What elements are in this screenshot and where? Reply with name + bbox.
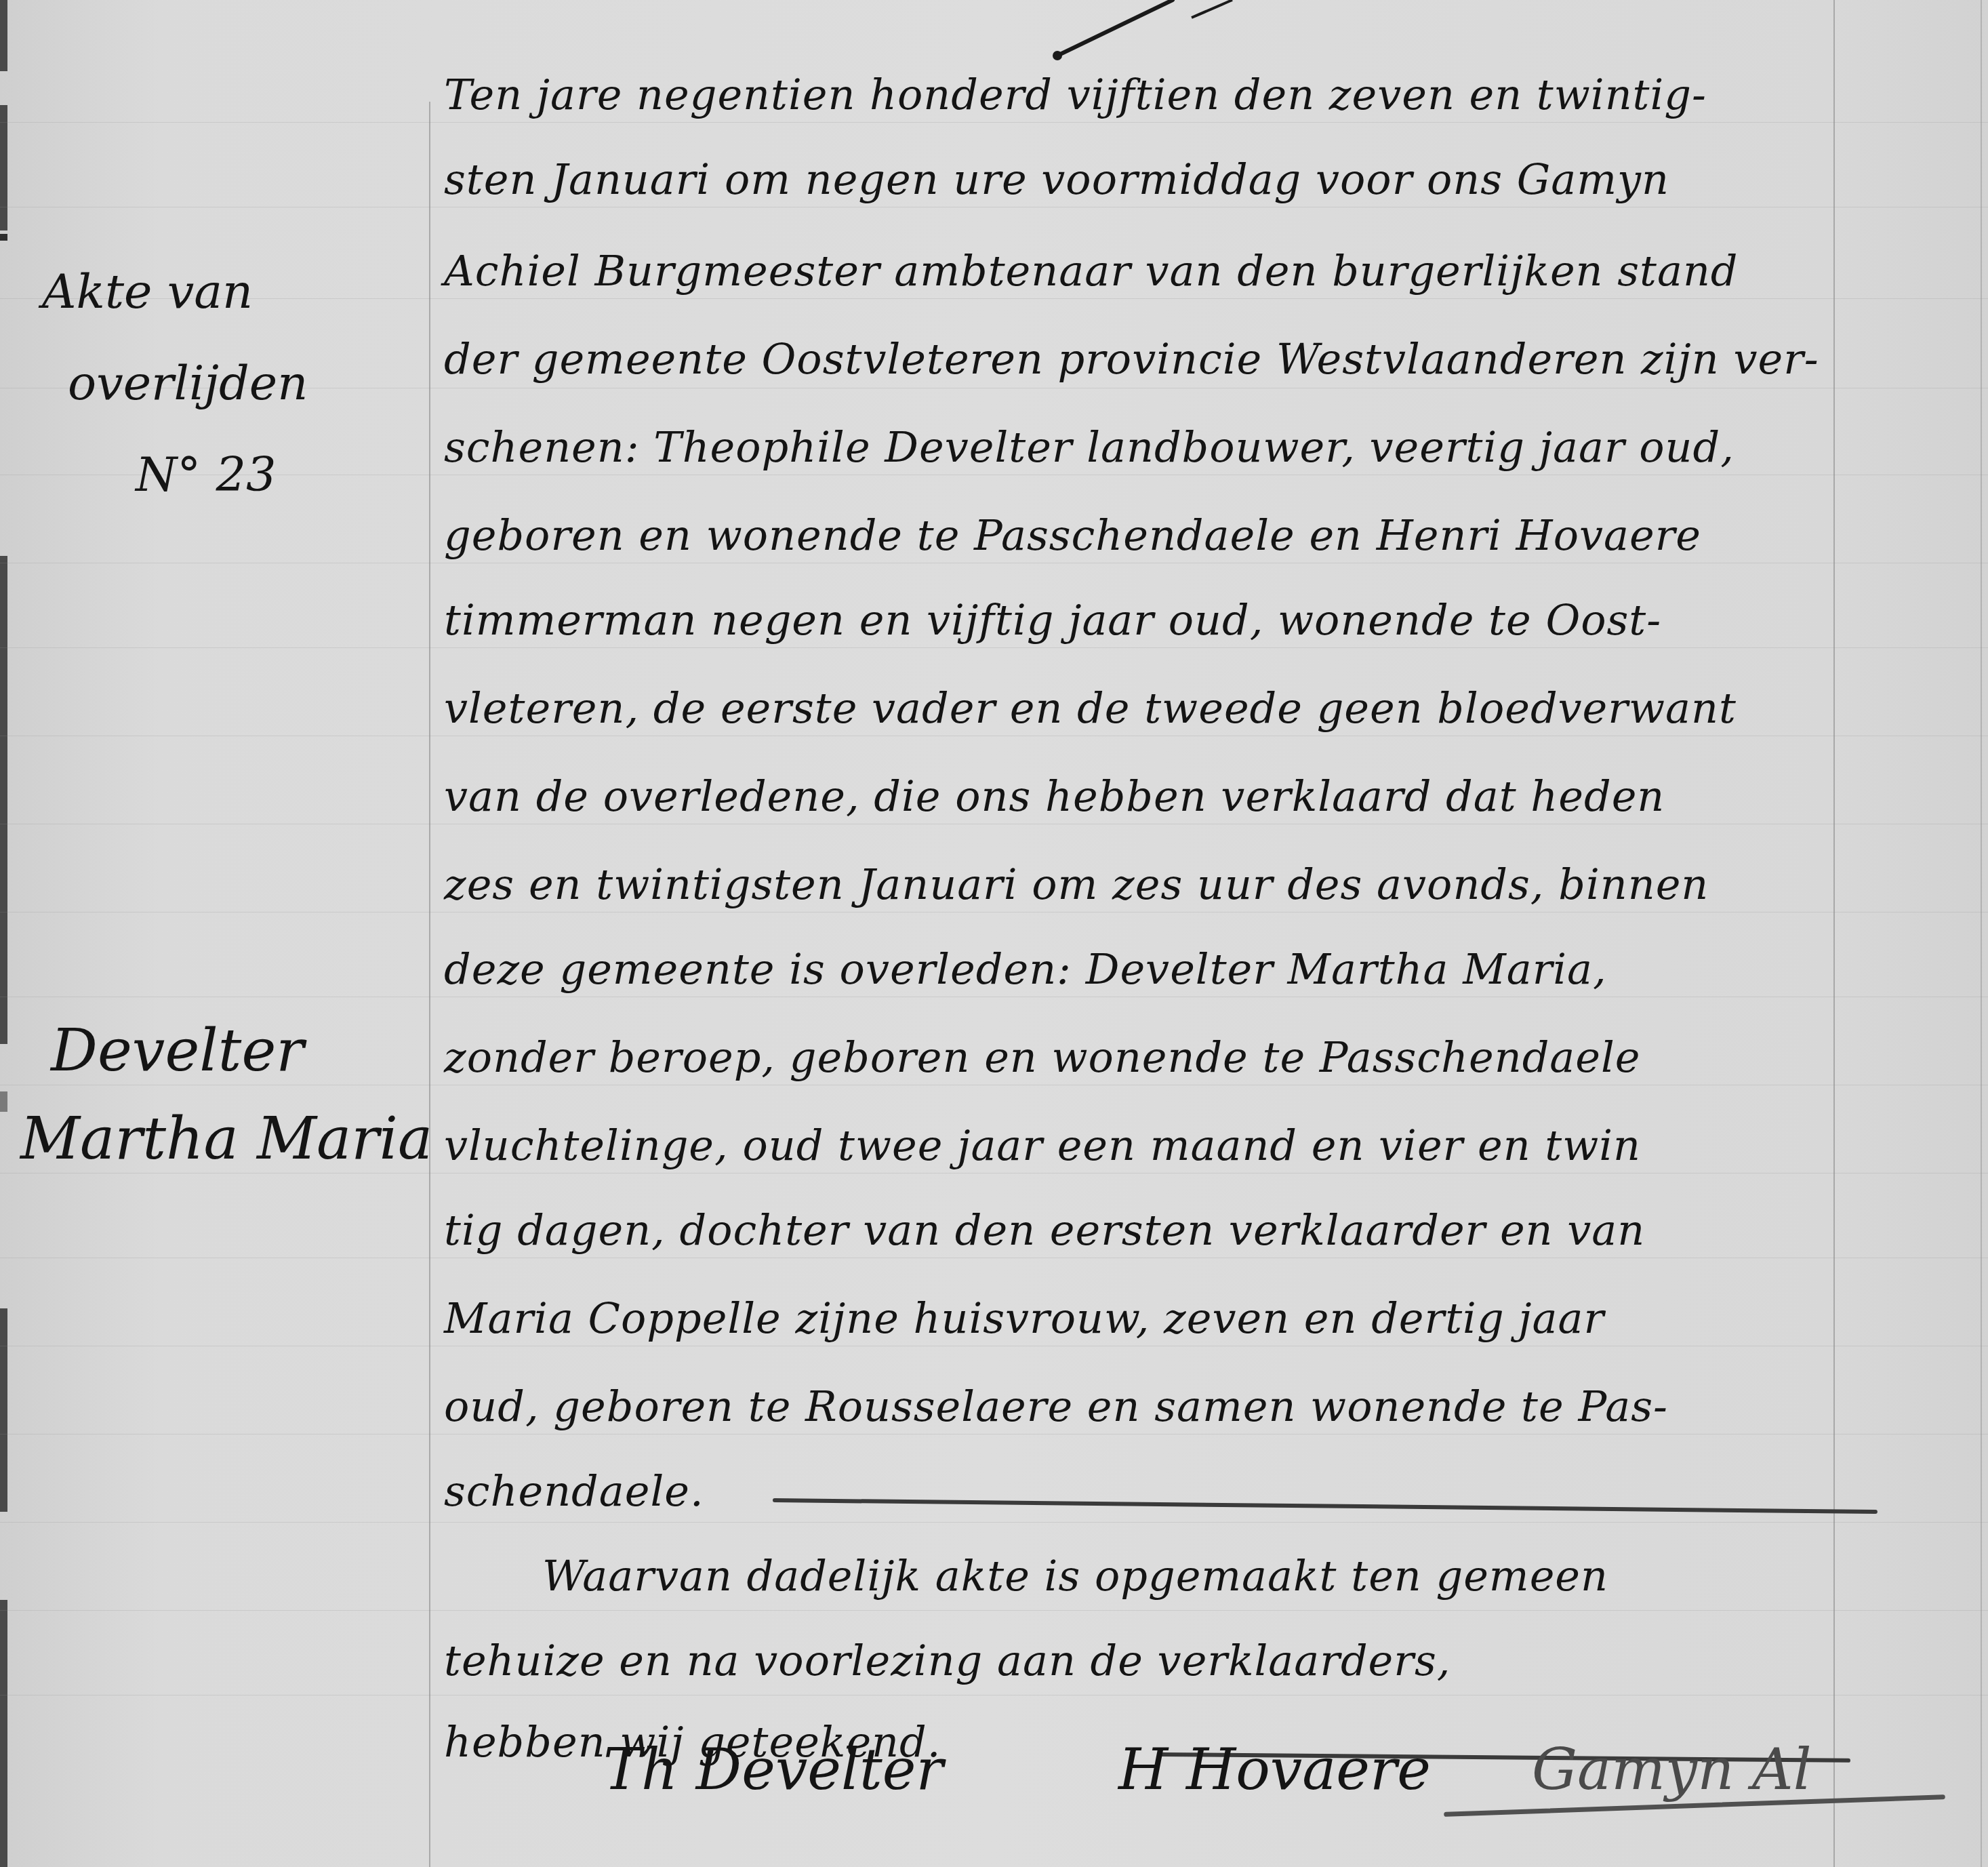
binding-edge: [0, 234, 7, 241]
ruled-line: [0, 1173, 1988, 1173]
binding-edge: [0, 556, 7, 1044]
ruled-line: [0, 563, 1988, 563]
register-page: Akte van overlijden N° 23 Develter Marth…: [0, 0, 1988, 1867]
ruled-line: [0, 647, 1988, 648]
body-line: sten Januari om negen ure voormiddag voo…: [444, 153, 1840, 207]
fill-line: [773, 1498, 1878, 1514]
ruled-line: [0, 1695, 1988, 1695]
ruled-line: [0, 1085, 1988, 1085]
margin-record-title-2: overlijden: [68, 353, 308, 414]
body-line: vleteren, de eerste vader en de tweede g…: [444, 681, 1840, 736]
body-line: van de overledene, die ons hebben verkla…: [444, 769, 1840, 824]
ruled-line: [0, 1610, 1988, 1611]
body-line: schendaele.: [444, 1464, 704, 1519]
body-line: tig dagen, dochter van den eersten verkl…: [444, 1203, 1840, 1258]
ruled-line: [0, 997, 1988, 997]
ruled-line: [0, 475, 1988, 475]
ruled-line: [0, 736, 1988, 736]
margin-rule: [429, 102, 430, 1867]
margin-deceased-surname: Develter: [51, 1020, 304, 1081]
body-line: der gemeente Oostvleteren provincie West…: [444, 332, 1840, 386]
body-line: Ten jare negentien honderd vijftien den …: [444, 68, 1840, 122]
margin-deceased-given-names: Martha Maria: [20, 1108, 432, 1169]
margin-record-title: Akte van: [42, 261, 253, 322]
body-line: Achiel Burgmeester ambtenaar van den bur…: [444, 244, 1840, 298]
body-line: oud, geboren te Rousselaere en samen won…: [444, 1380, 1840, 1434]
ruled-line: [0, 1258, 1988, 1258]
closing-line: Waarvan dadelijk akte is opgemaakt ten g…: [542, 1549, 1939, 1603]
body-line: deze gemeente is overleden: Develter Mar…: [444, 942, 1840, 997]
body-line: timmerman negen en vijftig jaar oud, won…: [444, 593, 1840, 647]
ruled-line: [0, 1346, 1988, 1346]
body-line: Maria Coppelle zijne huisvrouw, zeven en…: [444, 1291, 1840, 1346]
binding-edge: [0, 105, 7, 230]
page-edge-rule: [1981, 0, 1982, 1867]
body-line: vluchtelinge, oud twee jaar een maand en…: [444, 1119, 1840, 1173]
margin-record-number: N° 23: [136, 444, 277, 505]
body-line: geboren en wonende te Passchendaele en H…: [444, 508, 1840, 563]
signature-declarant-2: H Hovaere: [1118, 1732, 1431, 1807]
ruled-line: [0, 122, 1988, 123]
body-line: zonder beroep, geboren en wonende te Pas…: [444, 1030, 1840, 1085]
previous-entry-stroke: [1017, 0, 1234, 61]
ruled-line: [0, 912, 1988, 912]
binding-edge: [0, 1091, 7, 1112]
binding-edge: [0, 0, 7, 71]
binding-edge: [0, 1308, 7, 1512]
ruled-line: [0, 1522, 1988, 1523]
closing-line: tehuize en na voorlezing aan de verklaar…: [444, 1634, 1840, 1688]
ruled-line: [0, 298, 1988, 299]
signature-declarant-1: Th Develter: [603, 1732, 944, 1807]
body-line: schenen: Theophile Develter landbouwer, …: [444, 420, 1840, 475]
ruled-line: [0, 824, 1988, 824]
ruled-line: [0, 207, 1988, 207]
body-line: zes en twintigsten Januari om zes uur de…: [444, 858, 1840, 912]
binding-edge: [0, 1600, 7, 1867]
signature-official: Gamyn Al: [1532, 1732, 1812, 1807]
ruled-line: [0, 1434, 1988, 1434]
